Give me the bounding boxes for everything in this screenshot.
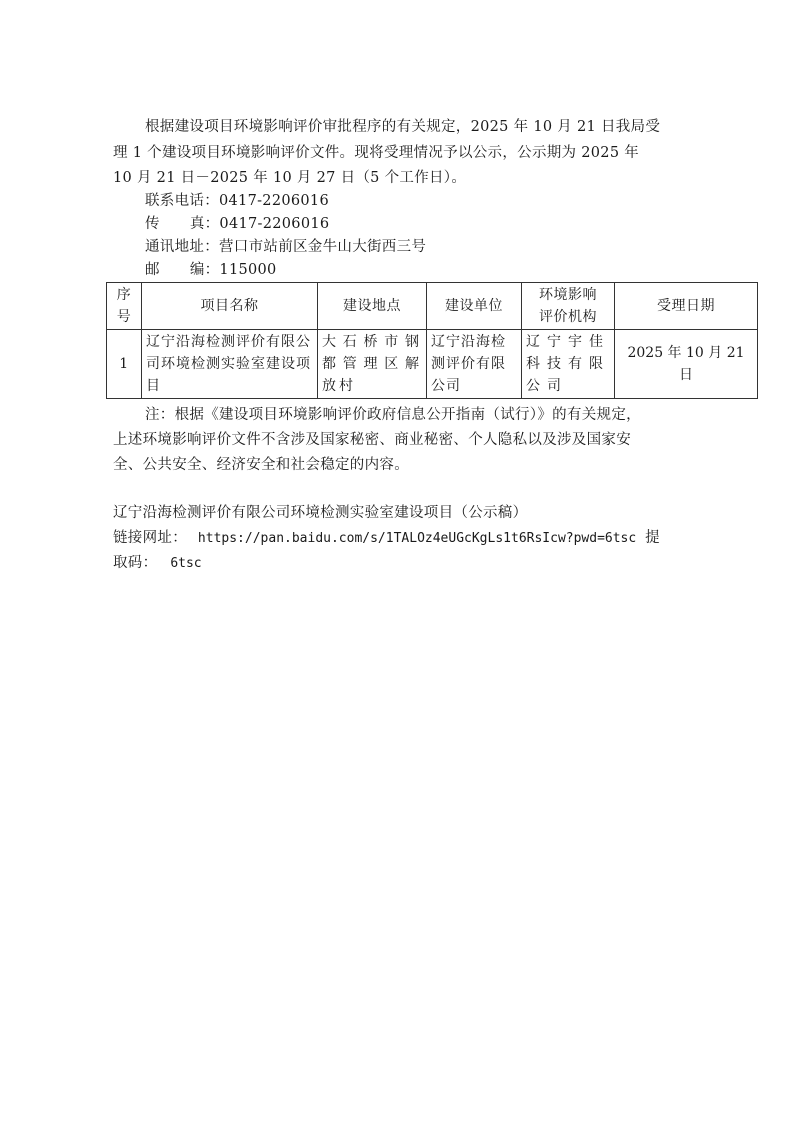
- header-location: 建设地点: [318, 283, 427, 330]
- address-value: 营口市站前区金牛山大街西三号: [219, 239, 426, 255]
- contact-address: 通讯地址：营口市站前区金牛山大街西三号: [145, 237, 426, 257]
- attachment-link-line: 链接网址： https://pan.baidu.com/s/1TALOz4eUG…: [113, 528, 660, 549]
- cell-builder: 辽宁沿海检测评价有限公司: [427, 330, 522, 399]
- cell-accept-date: 2025 年 10 月 21 日: [615, 330, 758, 399]
- header-seq: 序号: [107, 283, 142, 330]
- contact-postcode: 邮编：115000: [145, 260, 277, 280]
- fax-label-b: 真：: [190, 216, 220, 232]
- code-label: 取码：: [113, 555, 157, 571]
- contact-fax: 传真：0417-2206016: [145, 214, 329, 234]
- header-project-name: 项目名称: [142, 283, 318, 330]
- postcode-label-a: 邮: [145, 262, 160, 278]
- attachment-code-line: 取码： 6tsc: [113, 553, 202, 574]
- intro-line-3: 10 月 21 日－2025 年 10 月 27 日（5 个工作日）。: [113, 168, 466, 188]
- link-label: 链接网址：: [113, 530, 187, 546]
- header-builder: 建设单位: [427, 283, 522, 330]
- header-eia-agency: 环境影响评价机构: [522, 283, 615, 330]
- address-label: 通讯地址：: [145, 239, 219, 255]
- intro-line-2: 理 1 个建设项目环境影响评价文件。现将受理情况予以公示，公示期为 2025 年: [113, 143, 639, 163]
- contact-phone: 联系电话：0417-2206016: [145, 191, 329, 211]
- download-link[interactable]: https://pan.baidu.com/s/1TALOz4eUGcKgLs1…: [198, 531, 636, 546]
- fax-value: 0417-2206016: [219, 216, 329, 232]
- table-row: 1 辽宁沿海检测评价有限公司环境检测实验室建设项目 大石桥市钢都管理区解放村 辽…: [107, 330, 758, 399]
- acceptance-table: 序号 项目名称 建设地点 建设单位 环境影响评价机构 受理日期 1 辽宁沿海检测…: [106, 282, 758, 399]
- attachment-title: 辽宁沿海检测评价有限公司环境检测实验室建设项目（公示稿）: [113, 503, 527, 523]
- table-header-row: 序号 项目名称 建设地点 建设单位 环境影响评价机构 受理日期: [107, 283, 758, 330]
- note-line-3: 全、公共安全、经济安全和社会稳定的内容。: [113, 455, 409, 475]
- intro-line-1: 根据建设项目环境影响评价审批程序的有关规定，2025 年 10 月 21 日我局…: [145, 117, 660, 137]
- fax-label-a: 传: [145, 216, 160, 232]
- note-line-2: 上述环境影响评价文件不含涉及国家秘密、商业秘密、个人隐私以及涉及国家安: [113, 430, 631, 450]
- cell-project-name: 辽宁沿海检测评价有限公司环境检测实验室建设项目: [142, 330, 318, 399]
- note-line-1: 注：根据《建设项目环境影响评价政府信息公开指南（试行）》的有关规定，: [145, 405, 641, 425]
- phone-value: 0417-2206016: [219, 193, 329, 209]
- cell-seq: 1: [107, 330, 142, 399]
- cell-eia-agency: 辽宁宇佳科技有限公司: [522, 330, 615, 399]
- phone-label: 联系电话：: [145, 193, 219, 209]
- header-accept-date: 受理日期: [615, 283, 758, 330]
- postcode-value: 115000: [219, 262, 276, 278]
- extraction-code: 6tsc: [170, 556, 201, 571]
- cell-location: 大石桥市钢都管理区解放村: [318, 330, 427, 399]
- postcode-label-b: 编：: [190, 262, 220, 278]
- code-label-head: 提: [645, 530, 660, 546]
